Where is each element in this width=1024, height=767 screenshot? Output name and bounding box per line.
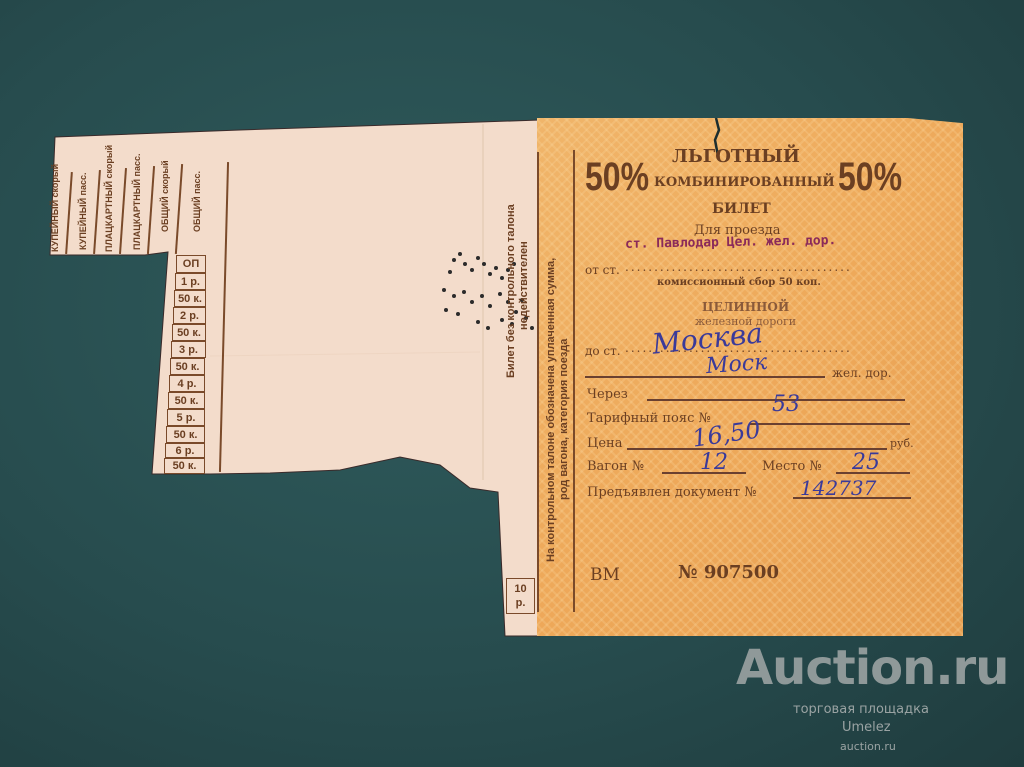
seat-value: 25 bbox=[852, 450, 880, 475]
control-strip-text-1: На контрольном талоне обозначена уплачен… bbox=[545, 258, 557, 562]
stub-amount: 50 к. bbox=[170, 358, 205, 375]
discount-right: 50% bbox=[838, 155, 902, 200]
document-value: 142737 bbox=[800, 476, 876, 500]
ticket-title-1: ЛЬГОТНЫЙ bbox=[672, 146, 800, 167]
via-label: Через bbox=[587, 387, 628, 402]
railway-name: ЦЕЛИННОЙ bbox=[702, 300, 789, 314]
price-line bbox=[627, 448, 887, 450]
watermark-user: Umelez bbox=[842, 720, 891, 735]
stub-amount: 1 р. bbox=[175, 273, 206, 290]
price-unit: руб. bbox=[890, 437, 914, 450]
tariff-zone-value: 53 bbox=[772, 392, 800, 417]
stub-amount-op: ОП bbox=[176, 255, 206, 273]
ticket-title-2: КОМБИНИРОВАННЫЙ bbox=[654, 175, 835, 190]
watermark-url: auction.ru bbox=[840, 740, 896, 753]
stub-col-1: КУПЕЙНЫЙ скорый bbox=[50, 164, 60, 252]
stub-validity-line1: Билет без контрольного талона bbox=[505, 204, 517, 378]
to-station-handwritten-2: Моск bbox=[705, 350, 768, 379]
stub-amount: 50 к. bbox=[166, 426, 205, 443]
to-railway-line bbox=[585, 376, 825, 378]
stub-amount: 50 к. bbox=[172, 324, 206, 341]
seat-label: Место № bbox=[762, 459, 822, 474]
stub-amount: 50 к. bbox=[168, 392, 205, 409]
wagon-value: 12 bbox=[700, 450, 728, 475]
discount-left: 50% bbox=[585, 155, 649, 200]
stub-col-3: ПЛАЦКАРТНЫЙ скорый bbox=[104, 145, 114, 252]
stub-col-5: ОБЩИЙ скорый bbox=[160, 160, 170, 232]
ticket-title-3: БИЛЕТ bbox=[712, 201, 771, 217]
amount-10-value: 10 bbox=[514, 582, 526, 596]
stub-col-4: ПЛАЦКАРТНЫЙ пасс. bbox=[132, 154, 142, 250]
document-label: Предъявлен документ № bbox=[587, 485, 757, 500]
control-strip-text-2: род вагона, категория поезда bbox=[558, 339, 570, 500]
stub-amount: 5 р. bbox=[167, 409, 205, 426]
ticket-number: № 907500 bbox=[678, 562, 779, 583]
stub-amount: 50 к. bbox=[174, 290, 206, 307]
stub-amount: 6 р. bbox=[165, 443, 205, 458]
to-station-label: до ст. bbox=[585, 344, 621, 358]
control-strip-rule-right bbox=[573, 150, 575, 612]
tariff-zone-line bbox=[750, 423, 910, 425]
watermark-tagline: торговая площадка bbox=[793, 702, 929, 717]
ticket-series: ВМ bbox=[590, 565, 620, 585]
stub-amount: 3 р. bbox=[171, 341, 206, 358]
from-station-dots: ....................................... bbox=[625, 260, 852, 274]
amount-10-unit: р. bbox=[516, 596, 526, 610]
stub-amount: 4 р. bbox=[169, 375, 205, 392]
stub-col-6: ОБЩИЙ пасс. bbox=[192, 171, 202, 232]
wagon-label: Вагон № bbox=[587, 459, 644, 474]
price-label: Цена bbox=[587, 436, 622, 451]
stub-amount: 50 к. bbox=[164, 458, 205, 474]
control-strip-rule-left bbox=[537, 152, 539, 612]
commission-fee: комиссионный сбор 50 коп. bbox=[657, 277, 821, 288]
stub-validity-line2: недействителен bbox=[518, 241, 530, 330]
railway-suffix: жел. дор. bbox=[832, 366, 892, 380]
stub-amount-10: 10 р. bbox=[506, 578, 535, 614]
from-station-label: от ст. bbox=[585, 263, 620, 277]
stub-amount: 2 р. bbox=[173, 307, 206, 324]
watermark-brand: Auction.ru bbox=[736, 640, 1008, 696]
stub-col-2: КУПЕЙНЫЙ пасс. bbox=[78, 173, 88, 251]
